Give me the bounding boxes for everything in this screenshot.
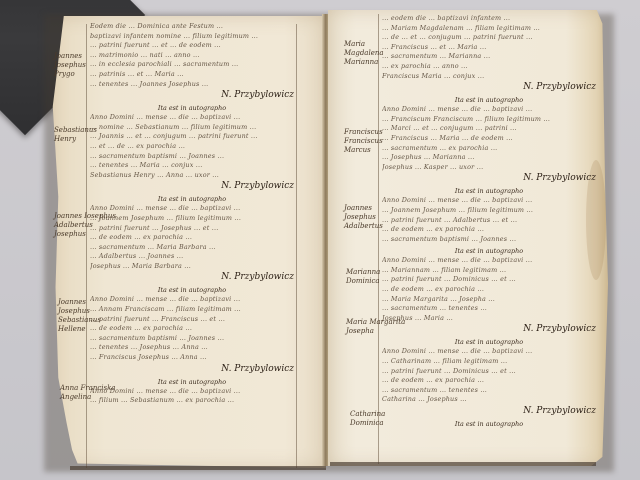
- right-margin-note: Joannes Josephus Adalbertus: [344, 204, 383, 231]
- entry-line: ... Franciscus ... Maria ... de eodem ..…: [382, 134, 596, 144]
- margin-note-line: Dominica: [350, 419, 385, 428]
- entry-line: ... patrini fuerunt ... Dominicus ... et…: [382, 367, 596, 377]
- register-entry: Ita est in autographo Anno Domini ... me…: [90, 103, 294, 192]
- entry-line: ... et ... de ... ex parochia ...: [90, 142, 294, 152]
- entry-line: Anno Domini ... mense ... die ... baptiz…: [90, 295, 294, 305]
- margin-note-line: Adalbertus: [344, 222, 383, 231]
- entry-line: ... de ... et ... conjugum ... patrini f…: [382, 33, 596, 43]
- entry-line: ... tenentes ... Joannes Josephus ...: [90, 80, 294, 90]
- entry-heading: Ita est in autographo: [382, 337, 596, 347]
- entry-heading: Ita est in autographo: [90, 194, 294, 204]
- entry-line: Josephus ... Kasper ... uxor ...: [382, 163, 596, 173]
- entry-line: ... Franciscus Josephus ... Anna ...: [90, 353, 294, 363]
- register-entry: Ita est in autographo Anno Domini ... me…: [382, 246, 596, 335]
- margin-note-line: Franciscus: [344, 128, 383, 137]
- entry-line: ... patrini fuerunt ... Dominicus ... et…: [382, 275, 596, 285]
- margin-note-line: Maria: [344, 40, 384, 49]
- entry-line: ... sacramentum ... tenentes ...: [382, 386, 596, 396]
- left-page-text: Eodem die ... Dominica ante Festum ... b…: [90, 22, 294, 408]
- entry-line: ... Adalbertus ... Joannes ...: [90, 252, 294, 262]
- right-page-text: ... eodem die ... baptizavi infantem ...…: [382, 14, 596, 431]
- margin-note-line: Josephus: [344, 213, 383, 222]
- entry-line: ... Annam Franciscam ... filiam legitima…: [90, 305, 294, 315]
- entry-line: Anno Domini ... mense ... die ... baptiz…: [90, 204, 294, 214]
- entry-line: Franciscus Maria ... conjux ...: [382, 72, 596, 82]
- entry-line: Eodem die ... Dominica ante Festum ...: [90, 22, 294, 32]
- margin-note-line: Marianna: [346, 268, 380, 277]
- register-entry: ... eodem die ... baptizavi infantem ...…: [382, 14, 596, 93]
- priest-signature: N. Przybylowicz: [90, 89, 294, 101]
- entry-line: Anno Domini ... mense ... die ... baptiz…: [90, 113, 294, 123]
- register-entry: Ita est in autographo Anno Domini ... me…: [382, 186, 596, 244]
- entry-line: ... Franciscum Franciscum ... filium leg…: [382, 115, 596, 125]
- margin-note-line: Marcus: [344, 146, 383, 155]
- entry-line: Josephus ... Maria ...: [382, 314, 596, 324]
- entry-line: ... Marci ... et ... conjugum ... patrin…: [382, 124, 596, 134]
- entry-line: ... matrimonio ... nati ... anno ...: [90, 51, 294, 61]
- entry-line: ... patrinis ... et ... Maria ...: [90, 70, 294, 80]
- priest-signature: N. Przybylowicz: [382, 405, 596, 417]
- entry-line: ... patrini fuerunt ... et ... de eodem …: [90, 41, 294, 51]
- entry-line: ... eodem die ... baptizavi infantem ...: [382, 14, 596, 24]
- entry-line: ... in ecclesia parochiali ... sacrament…: [90, 60, 294, 70]
- entry-line: ... Joannem Josephum ... filium legitimu…: [90, 214, 294, 224]
- entry-line: ... de eodem ... ex parochia ...: [90, 233, 294, 243]
- margin-note-line: Joannes: [54, 52, 86, 61]
- entry-line: ... patrini fuerunt ... Franciscus ... e…: [90, 315, 294, 325]
- entry-line: ... filium ... Sebastianum ... ex paroch…: [90, 396, 294, 406]
- entry-line: ... Josephus ... Marianna ...: [382, 153, 596, 163]
- entry-line: ... sacramentum ... ex parochia ...: [382, 144, 596, 154]
- entry-line: ... tenentes ... Josephus ... Anna ...: [90, 343, 294, 353]
- margin-note-line: Catharina: [350, 410, 385, 419]
- priest-signature: N. Przybylowicz: [382, 81, 596, 93]
- entry-line: Catharina ... Josephus ...: [382, 395, 596, 405]
- entry-line: Anno Domini ... mense ... die ... baptiz…: [382, 347, 596, 357]
- entry-line: ... Joannis ... et ... conjugum ... patr…: [90, 132, 294, 142]
- margin-note-line: Magdalena: [344, 49, 384, 58]
- entry-line: ... Catharinam ... filiam legitimam ...: [382, 357, 596, 367]
- entry-line: Anno Domini ... mense ... die ... baptiz…: [90, 387, 294, 397]
- entry-heading: Ita est in autographo: [90, 377, 294, 387]
- entry-line: ... sacramentum baptismi ... Joannes ...: [382, 235, 596, 245]
- entry-line: Sebastianus Henry ... Anna ... uxor ...: [90, 171, 294, 181]
- priest-signature: N. Przybylowicz: [382, 172, 596, 184]
- register-entry: Ita est in autographo Anno Domini ... me…: [90, 377, 294, 406]
- left-margin-note: Joannes Josephus Prygo: [54, 52, 86, 79]
- left-page-bottom-edge: [70, 466, 326, 470]
- entry-line: ... de eodem ... ex parochia ...: [382, 225, 596, 235]
- entry-heading: Ita est in autographo: [382, 95, 596, 105]
- entry-line: ... sacramentum ... tenentes ...: [382, 304, 596, 314]
- priest-signature: N. Przybylowicz: [382, 323, 596, 335]
- entry-heading: Ita est in autographo: [90, 285, 294, 295]
- entry-line: ... Mariam Magdalenam ... filiam legitim…: [382, 24, 596, 34]
- register-entry: Ita est in autographo Anno Domini ... me…: [90, 194, 294, 283]
- entry-heading: Ita est in autographo: [382, 186, 596, 196]
- margin-note-line: Prygo: [54, 70, 86, 79]
- entry-line: Josephus ... Maria Barbara ...: [90, 262, 294, 272]
- register-entry: Ita est in autographo Anno Domini ... me…: [382, 95, 596, 184]
- right-page-bottom-edge: [330, 462, 596, 466]
- entry-line: ... sacramentum ... Maria Barbara ...: [90, 243, 294, 253]
- register-entry: Eodem die ... Dominica ante Festum ... b…: [90, 22, 294, 101]
- register-entry: Ita est in autographo Anno Domini ... me…: [382, 337, 596, 417]
- entry-line: ... de eodem ... ex parochia ...: [90, 324, 294, 334]
- entry-line: ... de eodem ... ex parochia ...: [382, 285, 596, 295]
- entry-line: ... patrini fuerunt ... Josephus ... et …: [90, 224, 294, 234]
- margin-note-line: Joannes: [344, 204, 383, 213]
- register-entry: Ita est in autographo Anno Domini ... me…: [90, 285, 294, 374]
- right-margin-note: Catharina Dominica: [350, 410, 385, 428]
- right-margin-note: Franciscus Franciscus Marcus: [344, 128, 383, 155]
- entry-heading: Ita est in autographo: [90, 103, 294, 113]
- right-margin-rule: [378, 14, 379, 464]
- entry-line: ... Maria Margarita ... Josepha ...: [382, 295, 596, 305]
- entry-line: ... tenentes ... Maria ... conjux ...: [90, 161, 294, 171]
- entry-heading: Ita est in autographo: [382, 246, 596, 256]
- margin-note-line: Dominica: [346, 277, 380, 286]
- register-entry: Ita est in autographo: [382, 419, 596, 429]
- entry-line: ... nomine ... Sebastianum ... filium le…: [90, 123, 294, 133]
- entry-heading: Ita est in autographo: [382, 419, 596, 429]
- entry-line: baptizavi infantem nomine ... filium leg…: [90, 32, 294, 42]
- entry-line: ... ex parochia ... anno ...: [382, 62, 596, 72]
- margin-note-line: Josephus: [54, 61, 86, 70]
- priest-signature: N. Przybylowicz: [90, 363, 294, 375]
- priest-signature: N. Przybylowicz: [90, 271, 294, 283]
- entry-line: ... de eodem ... ex parochia ...: [382, 376, 596, 386]
- entry-line: ... Mariannam ... filiam legitimam ...: [382, 266, 596, 276]
- entry-line: Anno Domini ... mense ... die ... baptiz…: [382, 105, 596, 115]
- entry-line: ... sacramentum baptismi ... Joannes ...: [90, 152, 294, 162]
- right-margin-note: Maria Magdalena Marianna: [344, 40, 384, 67]
- left-right-rule: [296, 24, 297, 468]
- right-margin-note: Marianna Dominica: [346, 268, 380, 286]
- margin-note-line: Marianna: [344, 58, 384, 67]
- entry-line: ... patrini fuerunt ... Adalbertus ... e…: [382, 216, 596, 226]
- entry-line: ... Franciscus ... et ... Maria ...: [382, 43, 596, 53]
- entry-line: Anno Domini ... mense ... die ... baptiz…: [382, 256, 596, 266]
- entry-line: Anno Domini ... mense ... die ... baptiz…: [382, 196, 596, 206]
- entry-line: ... sacramentum ... Marianna ...: [382, 52, 596, 62]
- priest-signature: N. Przybylowicz: [90, 180, 294, 192]
- entry-line: ... sacramentum baptismi ... Joannes ...: [90, 334, 294, 344]
- margin-note-line: Franciscus: [344, 137, 383, 146]
- entry-line: ... Joannem Josephum ... filium legitimu…: [382, 206, 596, 216]
